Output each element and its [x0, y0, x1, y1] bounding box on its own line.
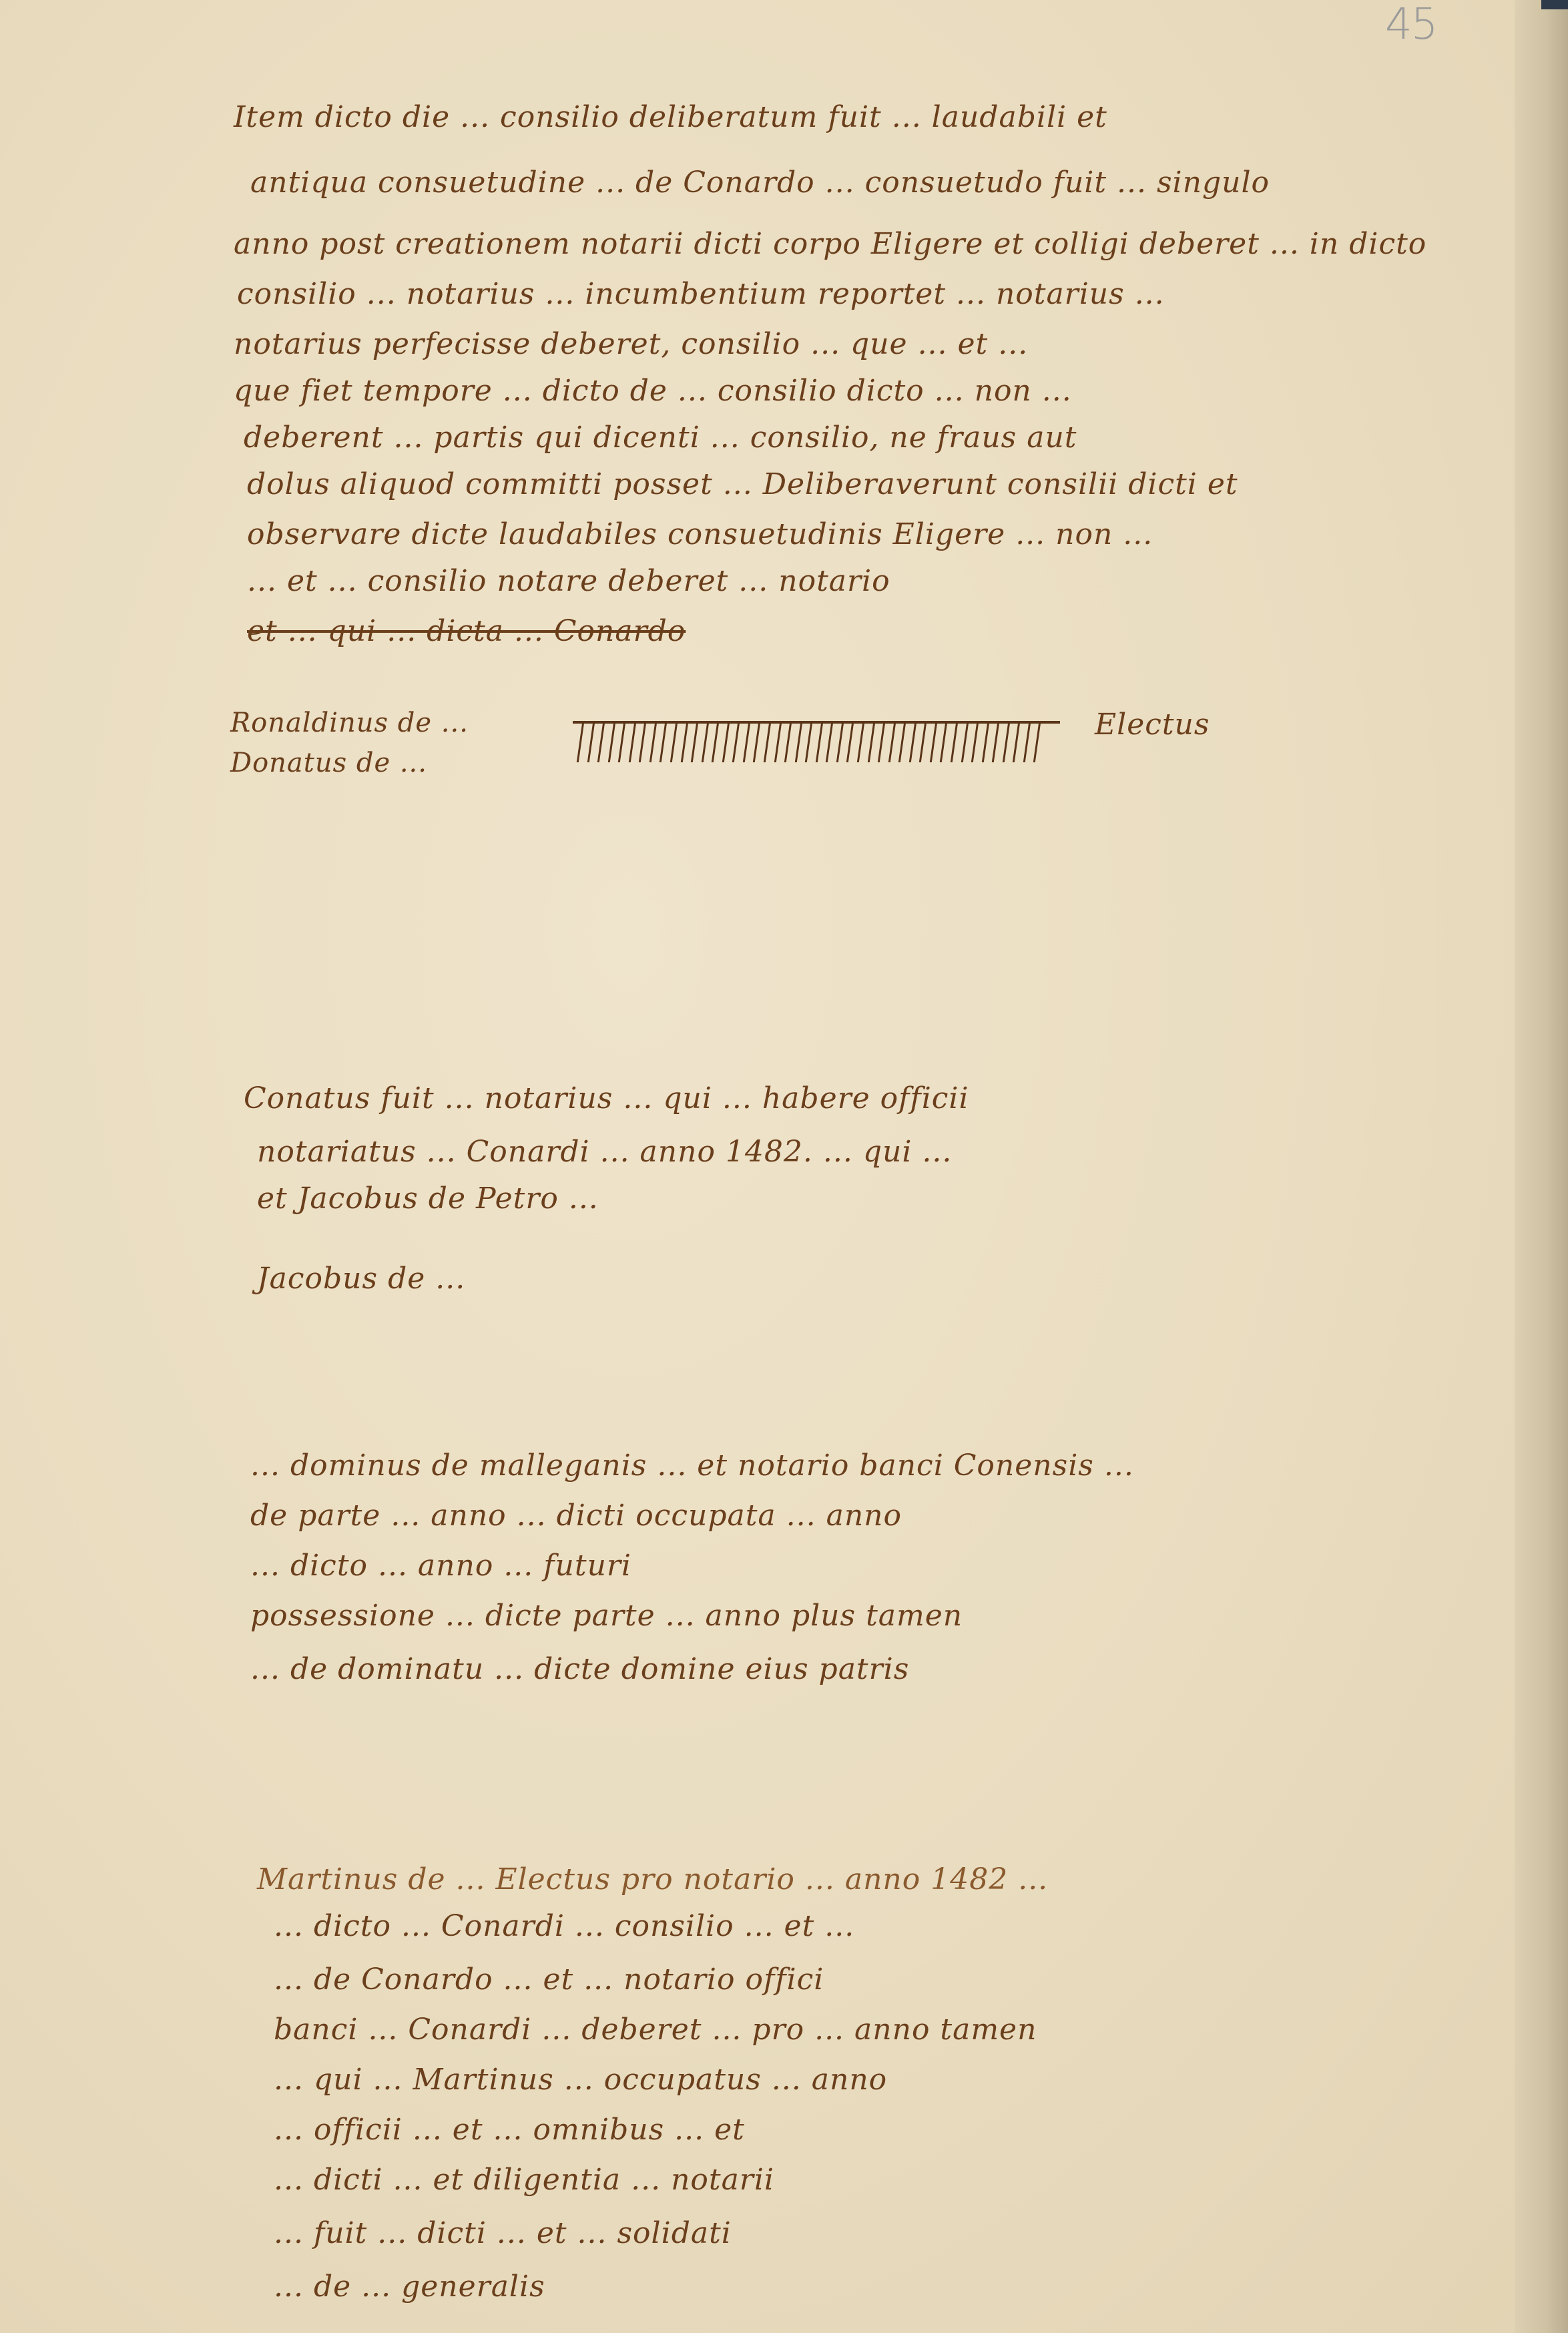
tally-stroke — [649, 722, 657, 762]
text-line: banci ... Conardi ... deberet ... pro ..… — [274, 2013, 1037, 2047]
tally-stroke — [753, 722, 760, 762]
signature: Jacobus de ... — [257, 1262, 465, 1296]
tally-stroke — [940, 722, 947, 762]
candidate-name: Ronaldinus de ... — [230, 708, 469, 738]
text-line: notarius perfecisse deberet, consilio ..… — [234, 327, 1028, 361]
tally-stroke — [816, 722, 823, 762]
tally-stroke — [597, 722, 605, 762]
tally-stroke — [587, 722, 594, 762]
text-line: ... dicto ... Conardi ... consilio ... e… — [274, 1909, 854, 1943]
tally-stroke — [1033, 722, 1041, 762]
text-line: Item dicto die ... consilio deliberatum … — [234, 100, 1107, 134]
tally-stroke — [836, 722, 844, 762]
tally-stroke — [971, 722, 979, 762]
tally-stroke — [930, 722, 937, 762]
text-line: et ... qui ... dicta ... Conardo — [247, 614, 686, 648]
text-line: ... qui ... Martinus ... occupatus ... a… — [274, 2063, 887, 2097]
candidate-name: Donatus de ... — [230, 748, 427, 778]
text-line: antiqua consuetudine ... de Conardo ... … — [250, 166, 1270, 200]
manuscript-page: 45 Item dicto die ... consilio deliberat… — [0, 0, 1568, 2333]
tally-stroke — [857, 722, 864, 762]
text-line: ... de Conardo ... et ... notario offici — [274, 1963, 824, 1997]
tally-stroke — [992, 722, 999, 762]
tally-stroke — [898, 722, 906, 762]
tally-stroke — [961, 722, 968, 762]
tally-stroke — [607, 722, 615, 762]
text-line: ... dominus de malleganis ... et notario… — [250, 1449, 1134, 1483]
tally-stroke — [1013, 722, 1020, 762]
text-line: Conatus fuit ... notarius ... qui ... ha… — [244, 1081, 969, 1115]
tally-stroke — [826, 722, 833, 762]
tally-stroke — [732, 722, 740, 762]
tally-stroke — [846, 722, 854, 762]
text-line: dolus aliquod committi posset ... Delibe… — [247, 467, 1238, 501]
text-line: ... fuit ... dicti ... et ... solidati — [274, 2216, 732, 2250]
tally-stroke — [794, 722, 802, 762]
text-line: possessione ... dicte parte ... anno plu… — [250, 1599, 963, 1633]
text-line: consilio ... notarius ... incumbentium r… — [237, 277, 1165, 311]
tally-stroke — [909, 722, 917, 762]
text-line: ... officii ... et ... omnibus ... et — [274, 2113, 745, 2147]
tally-stroke — [878, 722, 885, 762]
result-label: Electus — [1095, 708, 1210, 742]
text-line: ... dicto ... anno ... futuri — [250, 1549, 631, 1583]
tally-stroke — [670, 722, 678, 762]
tally-stroke — [805, 722, 812, 762]
tally-stroke — [919, 722, 927, 762]
text-line: deberent ... partis qui dicenti ... cons… — [244, 421, 1077, 455]
text-line: notariatus ... Conardi ... anno 1482. ..… — [257, 1135, 952, 1169]
tally-stroke — [722, 722, 730, 762]
tally-stroke — [743, 722, 750, 762]
text-line: anno post creationem notarii dicti corpo… — [234, 227, 1426, 261]
tally-stroke — [784, 722, 792, 762]
text-line: Martinus de ... Electus pro notario ... … — [257, 1862, 1048, 1896]
tally-marks — [573, 714, 1060, 774]
tally-stroke — [888, 722, 895, 762]
tally-stroke — [981, 722, 989, 762]
tally-stroke — [701, 722, 708, 762]
tally-stroke — [774, 722, 781, 762]
tally-stroke — [712, 722, 719, 762]
tally-stroke — [1023, 722, 1031, 762]
text-line: et Jacobus de Petro ... — [257, 1182, 599, 1216]
text-line: de parte ... anno ... dicti occupata ...… — [250, 1499, 902, 1533]
tally-stroke — [764, 722, 771, 762]
tally-stroke — [577, 722, 584, 762]
tally-stroke — [1003, 722, 1010, 762]
tally-stroke — [867, 722, 874, 762]
text-line: observare dicte laudabiles consuetudinis… — [247, 517, 1153, 551]
background-corner — [1541, 0, 1568, 9]
tally-stroke — [660, 722, 667, 762]
tally-stroke — [951, 722, 958, 762]
text-line: ... dicti ... et diligentia ... notarii — [274, 2163, 774, 2197]
text-line: que fiet tempore ... dicto de ... consil… — [234, 374, 1072, 408]
text-line: ... de dominatu ... dicte domine eius pa… — [250, 1652, 909, 1686]
tally-stroke — [618, 722, 625, 762]
tally-stroke — [629, 722, 636, 762]
tally-stroke — [639, 722, 646, 762]
text-line: ... de ... generalis — [274, 2270, 545, 2304]
text-line: ... et ... consilio notare deberet ... n… — [247, 564, 890, 598]
tally-stroke — [680, 722, 688, 762]
page-edge — [1515, 0, 1568, 2333]
folio-number: 45 — [1385, 0, 1436, 49]
tally-stroke — [691, 722, 698, 762]
